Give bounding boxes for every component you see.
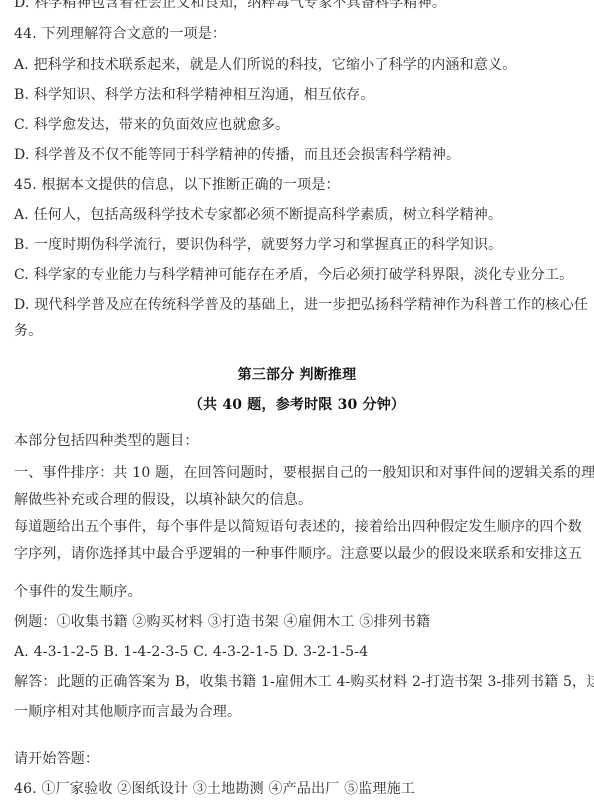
instruction-2: 每道题给出五个事件，每个事件是以简短语句表述的，接着给出四种假定发生顺序的四个数 [14,518,582,536]
example-question: 例题：①收集书籍 ②购买材料 ③打造书架 ④雇佣木工 ⑤排列书籍 [14,613,430,631]
example-answer: 解答：此题的正确答案为 B，收集书籍 1-雇佣木工 4-购买材料 2-打造书架 … [14,673,594,691]
start-prompt: 请开始答题： [14,750,99,768]
instruction-2-end: 个事件的发生顺序。 [14,583,142,601]
instruction-2-cont: 字序列，请你选择其中最合乎逻辑的一种事件顺序。注意要以最少的假设来联系和安排这五 [14,545,582,563]
question-44: 44. 下列理解符合文意的一项是： [14,25,226,43]
option-45-d-cont: 务。 [14,322,42,340]
option-43-d: D. 科学精神包含着社会正义和良知，纳粹毒气专家不具备科学精神。 [14,0,446,12]
option-44-a: A. 把科学和技术联系起来，就是人们所说的科技，它缩小了科学的内涵和意义。 [14,56,516,74]
instruction-1: 一、事件排序：共 10 题，在回答问题时，要根据自己的一般知识和对事件间的逻辑关… [14,464,594,482]
instruction-1-cont: 解做些补充或合理的假设，以填补缺欠的信息。 [14,491,312,509]
section-intro: 本部分包括四种类型的题目： [14,432,199,450]
question-45: 45. 根据本文提供的信息，以下推断正确的一项是： [14,176,340,194]
question-46: 46. ①厂家验收 ②图纸设计 ③土地勘测 ④产品出厂 ⑤监理施工 [14,780,415,798]
option-45-c: C. 科学家的专业能力与科学精神可能存在矛盾，今后必须打破学科界限，淡化专业分工… [14,266,573,284]
option-45-a: A. 任何人，包括高级科学技术专家都必须不断提高科学素质，树立科学精神。 [14,206,502,224]
example-options: A. 4-3-1-2-5 B. 1-4-2-3-5 C. 4-3-2-1-5 D… [14,643,368,661]
section-title: 第三部分 判断推理 [0,366,594,384]
example-answer-cont: 一顺序相对其他顺序而言最为合理。 [14,703,241,721]
option-45-b: B. 一度时期伪科学流行，要识伪科学，就要努力学习和掌握真正的科学知识。 [14,236,502,254]
option-44-d: D. 科学普及不仅不能等同于科学精神的传播，而且还会损害科学精神。 [14,146,460,164]
option-45-d: D. 现代科学普及应在传统科学普及的基础上，进一步把弘扬科学精神作为科普工作的核… [14,296,588,314]
option-44-c: C. 科学愈发达，带来的负面效应也就愈多。 [14,116,289,134]
option-44-b: B. 科学知识、科学方法和科学精神相互沟通，相互依存。 [14,86,375,104]
section-subtitle: （共 40 题，参考时限 30 分钟） [0,396,594,414]
